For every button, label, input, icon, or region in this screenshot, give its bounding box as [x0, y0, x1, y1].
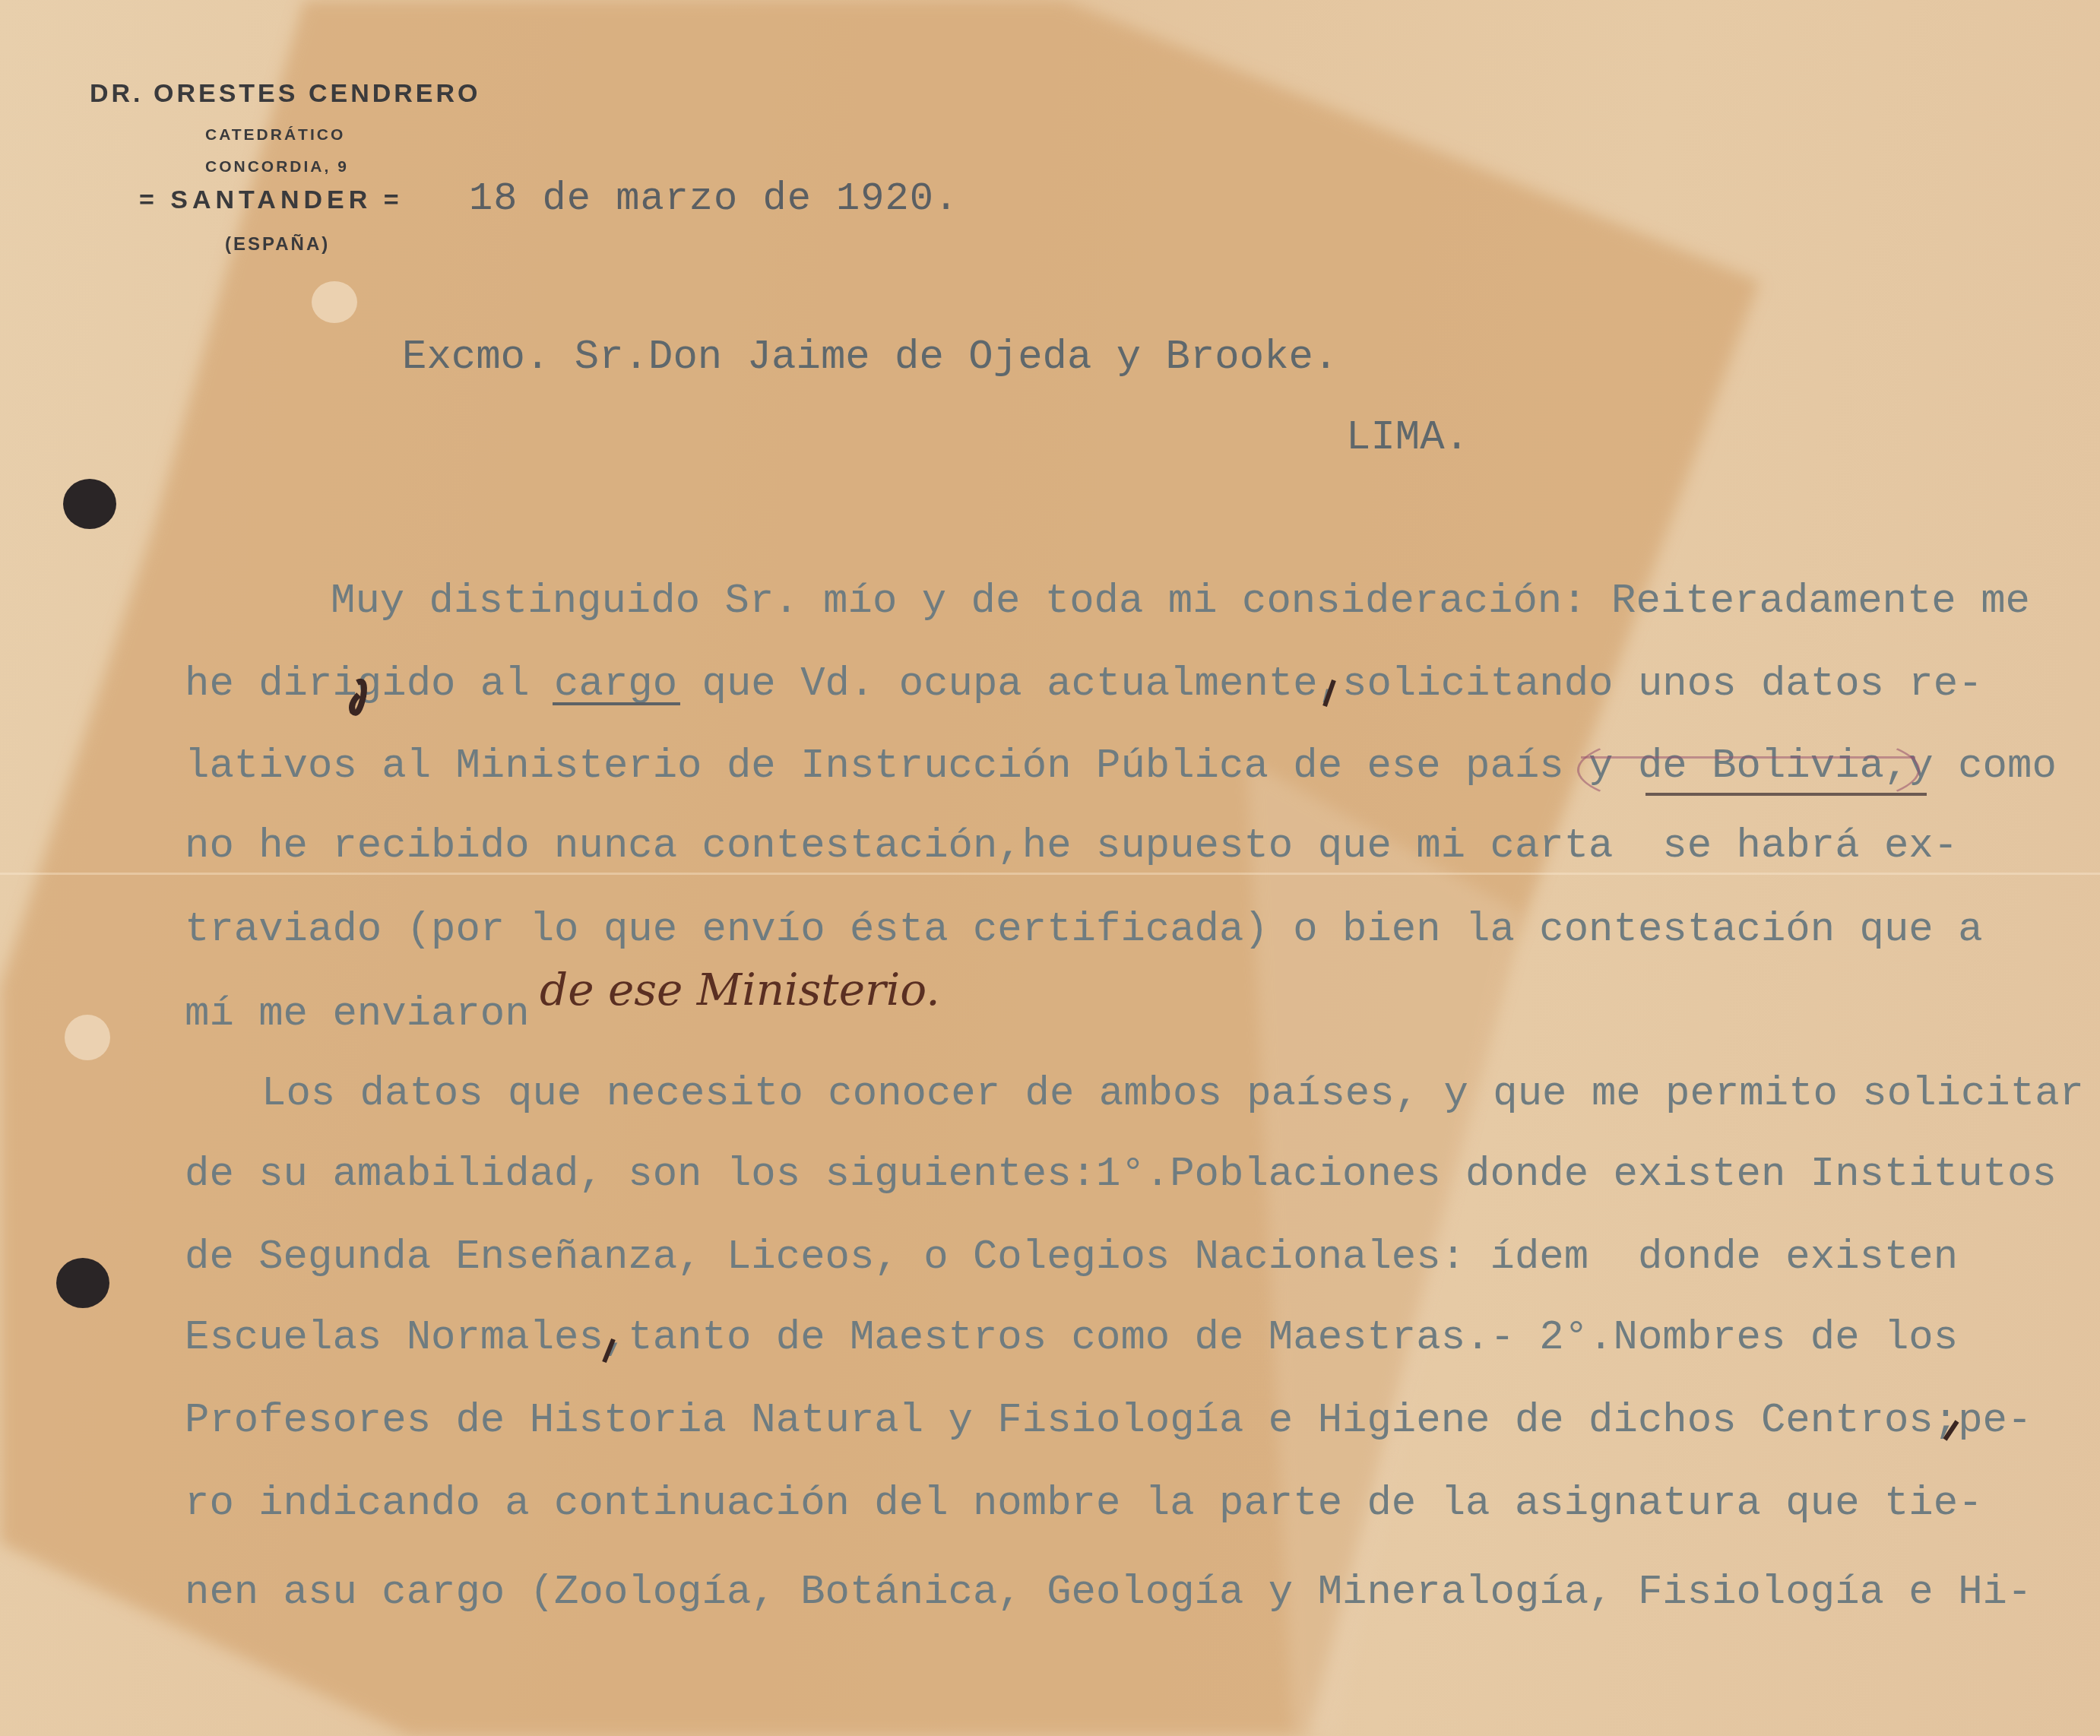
- comma-mark-icon: [1325, 680, 1334, 706]
- correction-g-icon: [352, 682, 364, 713]
- comma-mark-icon: [604, 1339, 613, 1362]
- handwritten-correction-marks: [0, 0, 2100, 1736]
- semicolon-mark-icon: [1945, 1421, 1957, 1440]
